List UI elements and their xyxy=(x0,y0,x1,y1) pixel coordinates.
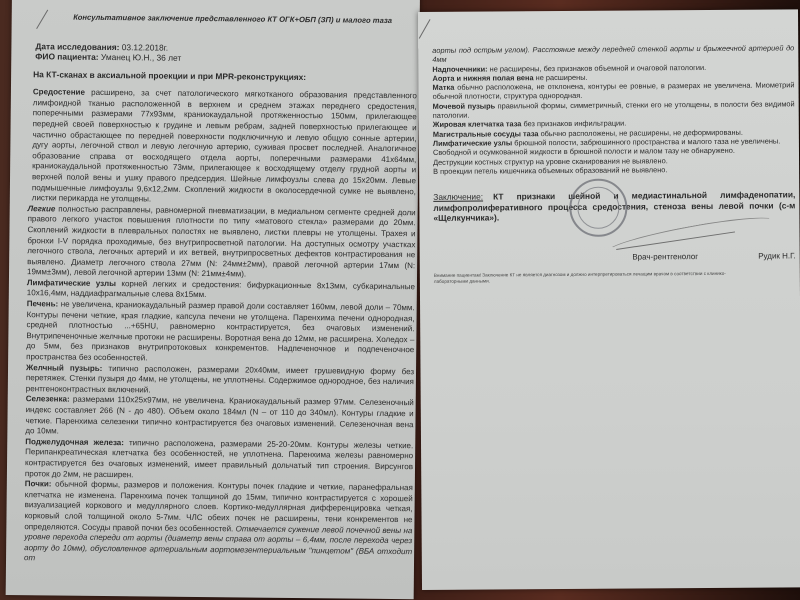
section-label: Надпочечники: xyxy=(432,64,487,73)
section-text: не расширены. xyxy=(534,73,588,82)
section-kidneys: Почки: обычной формы, размеров и положен… xyxy=(24,479,413,568)
section-text: не расширены, без признаков объемной и о… xyxy=(488,63,707,74)
document-title: Консультативное заключение представленно… xyxy=(48,12,418,26)
left-page-content: Консультативное заключение представленно… xyxy=(24,12,418,568)
section-label: Легкие xyxy=(28,204,56,213)
section-pancreas: Поджелудочная железа: типично расположен… xyxy=(25,437,413,483)
pen-mark xyxy=(419,19,431,39)
section-label: Матка xyxy=(432,83,454,92)
section-label: Жировая клетчатка таза xyxy=(433,120,522,130)
section-text: размерами 110х25х97мм, не увеличена. Кра… xyxy=(25,395,413,436)
signature-name: Рудик Н.Г. xyxy=(758,251,796,261)
section-label: Почки: xyxy=(25,479,52,488)
study-date-value: 03.12.2018г. xyxy=(122,42,168,52)
section-spleen: Селезенка: размерами 110х25х97мм, не уве… xyxy=(25,395,413,441)
section-label: Печень: xyxy=(27,299,59,308)
section-text: не увеличена, краниокаудальный размер пр… xyxy=(26,300,415,363)
section-bladder: Мочевой пузырь правильной формы, симметр… xyxy=(433,99,795,120)
patient-value: Уманец Ю.Н., 36 лет xyxy=(101,52,181,63)
section-label: Мочевой пузырь xyxy=(433,101,496,110)
section-gallbladder: Желчный пузырь: типично расположен, разм… xyxy=(26,363,414,399)
section-liver: Печень: не увеличена, краниокаудальный р… xyxy=(26,299,415,367)
section-label: Поджелудочная железа: xyxy=(25,437,124,447)
section-mediastinum: Средостение расширено, за счет патологич… xyxy=(28,87,417,208)
section-uterus: Матка обычно расположена, не отклонена, … xyxy=(432,81,794,102)
kidney-continuation: аорты под острым углом). Расстояние межд… xyxy=(432,43,794,64)
section-text: без признаков инфильтрации. xyxy=(521,119,626,129)
section-label: Аорта и нижняя полая вена xyxy=(432,73,533,83)
conclusion-label: Заключение: xyxy=(433,192,483,202)
right-document-page: аорты под острым углом). Расстояние межд… xyxy=(418,9,800,590)
section-text: обычно расположена, не отклонена, контур… xyxy=(433,81,795,102)
section-label: Селезенка: xyxy=(26,395,70,404)
left-document-page: Консультативное заключение представленно… xyxy=(6,0,420,599)
section-label: Магистральные сосуды таза xyxy=(433,129,539,139)
scan-heading: На КТ-сканах в аксиальной проекции и при… xyxy=(33,69,417,84)
section-text: расширено, за счет патологического мягко… xyxy=(32,88,417,204)
section-lungs: Легкие полностью расправлены, равномерно… xyxy=(27,204,416,282)
disclaimer: Внимание пациентам! Заключение КТ не явл… xyxy=(434,271,734,285)
section-label: Лимфатические узлы xyxy=(433,138,512,148)
patient-label: ФИО пациента: xyxy=(35,51,98,62)
section-label: Желчный пузырь: xyxy=(26,363,102,373)
section-text: полностью расправлены, равномерной пневм… xyxy=(27,204,416,279)
section-label: Лимфатические узлы xyxy=(27,278,116,288)
section-bowel: В проекции петель кишечника объемных обр… xyxy=(433,164,795,176)
stamp-seal-icon xyxy=(569,179,627,237)
section-label: Средостение xyxy=(33,87,85,97)
